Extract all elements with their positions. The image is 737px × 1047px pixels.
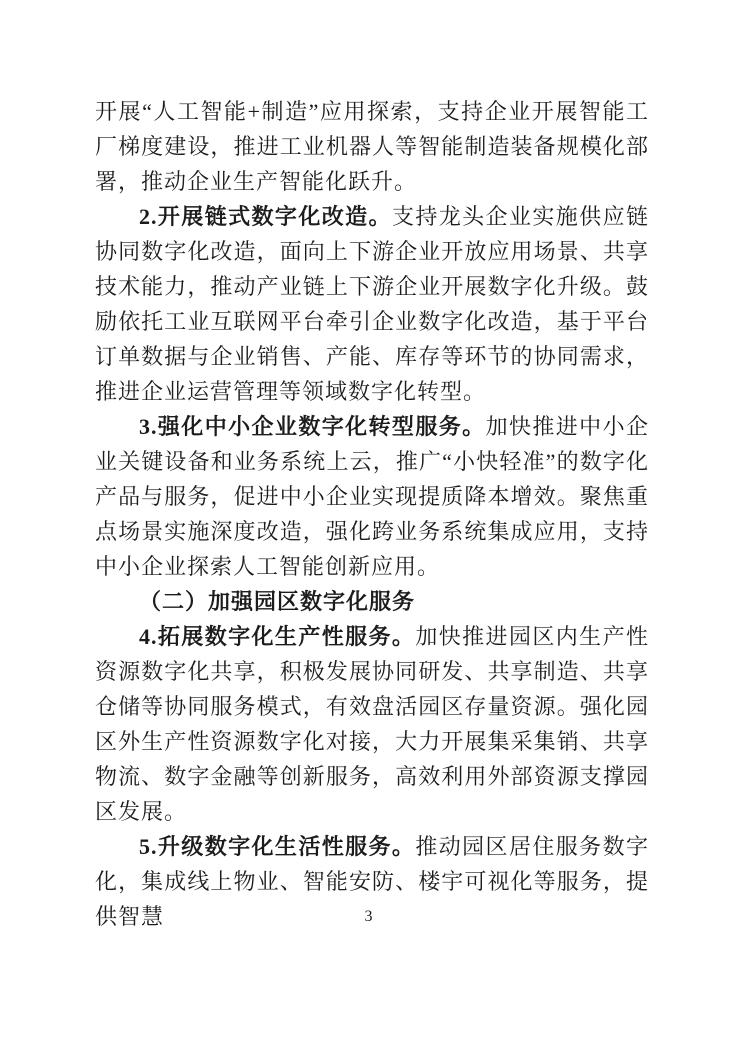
page-footer: 3 xyxy=(0,905,737,929)
paragraph-bold-lead: 2.开展链式数字化改造。 xyxy=(139,204,392,229)
paragraph-bold-lead: 5.升级数字化生活性服务。 xyxy=(139,834,415,859)
page-number: 3 xyxy=(365,908,373,925)
paragraph-bold-lead: 3.强化中小企业数字化转型服务。 xyxy=(139,414,486,439)
paragraph-item-2: 2.开展链式数字化改造。支持龙头企业实施供应链协同数字化改造，面向上下游企业开放… xyxy=(95,199,649,409)
section-heading-2: （二）加强园区数字化服务 xyxy=(95,584,649,619)
paragraph-continuation: 开展“人工智能+制造”应用探索，支持企业开展智能工厂梯度建设，推进工业机器人等智… xyxy=(95,94,649,199)
paragraph-item-4: 4.拓展数字化生产性服务。加快推进园区内生产性资源数字化共享，积极发展协同研发、… xyxy=(95,619,649,829)
document-page: 开展“人工智能+制造”应用探索，支持企业开展智能工厂梯度建设，推进工业机器人等智… xyxy=(0,0,737,1047)
paragraph-item-3: 3.强化中小企业数字化转型服务。加快推进中小企业关键设备和业务系统上云，推广“小… xyxy=(95,409,649,584)
paragraph-text: 支持龙头企业实施供应链协同数字化改造，面向上下游企业开放应用场景、共享技术能力，… xyxy=(95,204,649,404)
paragraph-text: 开展“人工智能+制造”应用探索，支持企业开展智能工厂梯度建设，推进工业机器人等智… xyxy=(95,99,649,194)
paragraph-text: 加快推进园区内生产性资源数字化共享，积极发展协同研发、共享制造、共享仓储等协同服… xyxy=(95,624,649,824)
section-heading-text: （二）加强园区数字化服务 xyxy=(139,589,415,614)
document-body: 开展“人工智能+制造”应用探索，支持企业开展智能工厂梯度建设，推进工业机器人等智… xyxy=(95,94,649,934)
paragraph-bold-lead: 4.拓展数字化生产性服务。 xyxy=(139,624,415,649)
